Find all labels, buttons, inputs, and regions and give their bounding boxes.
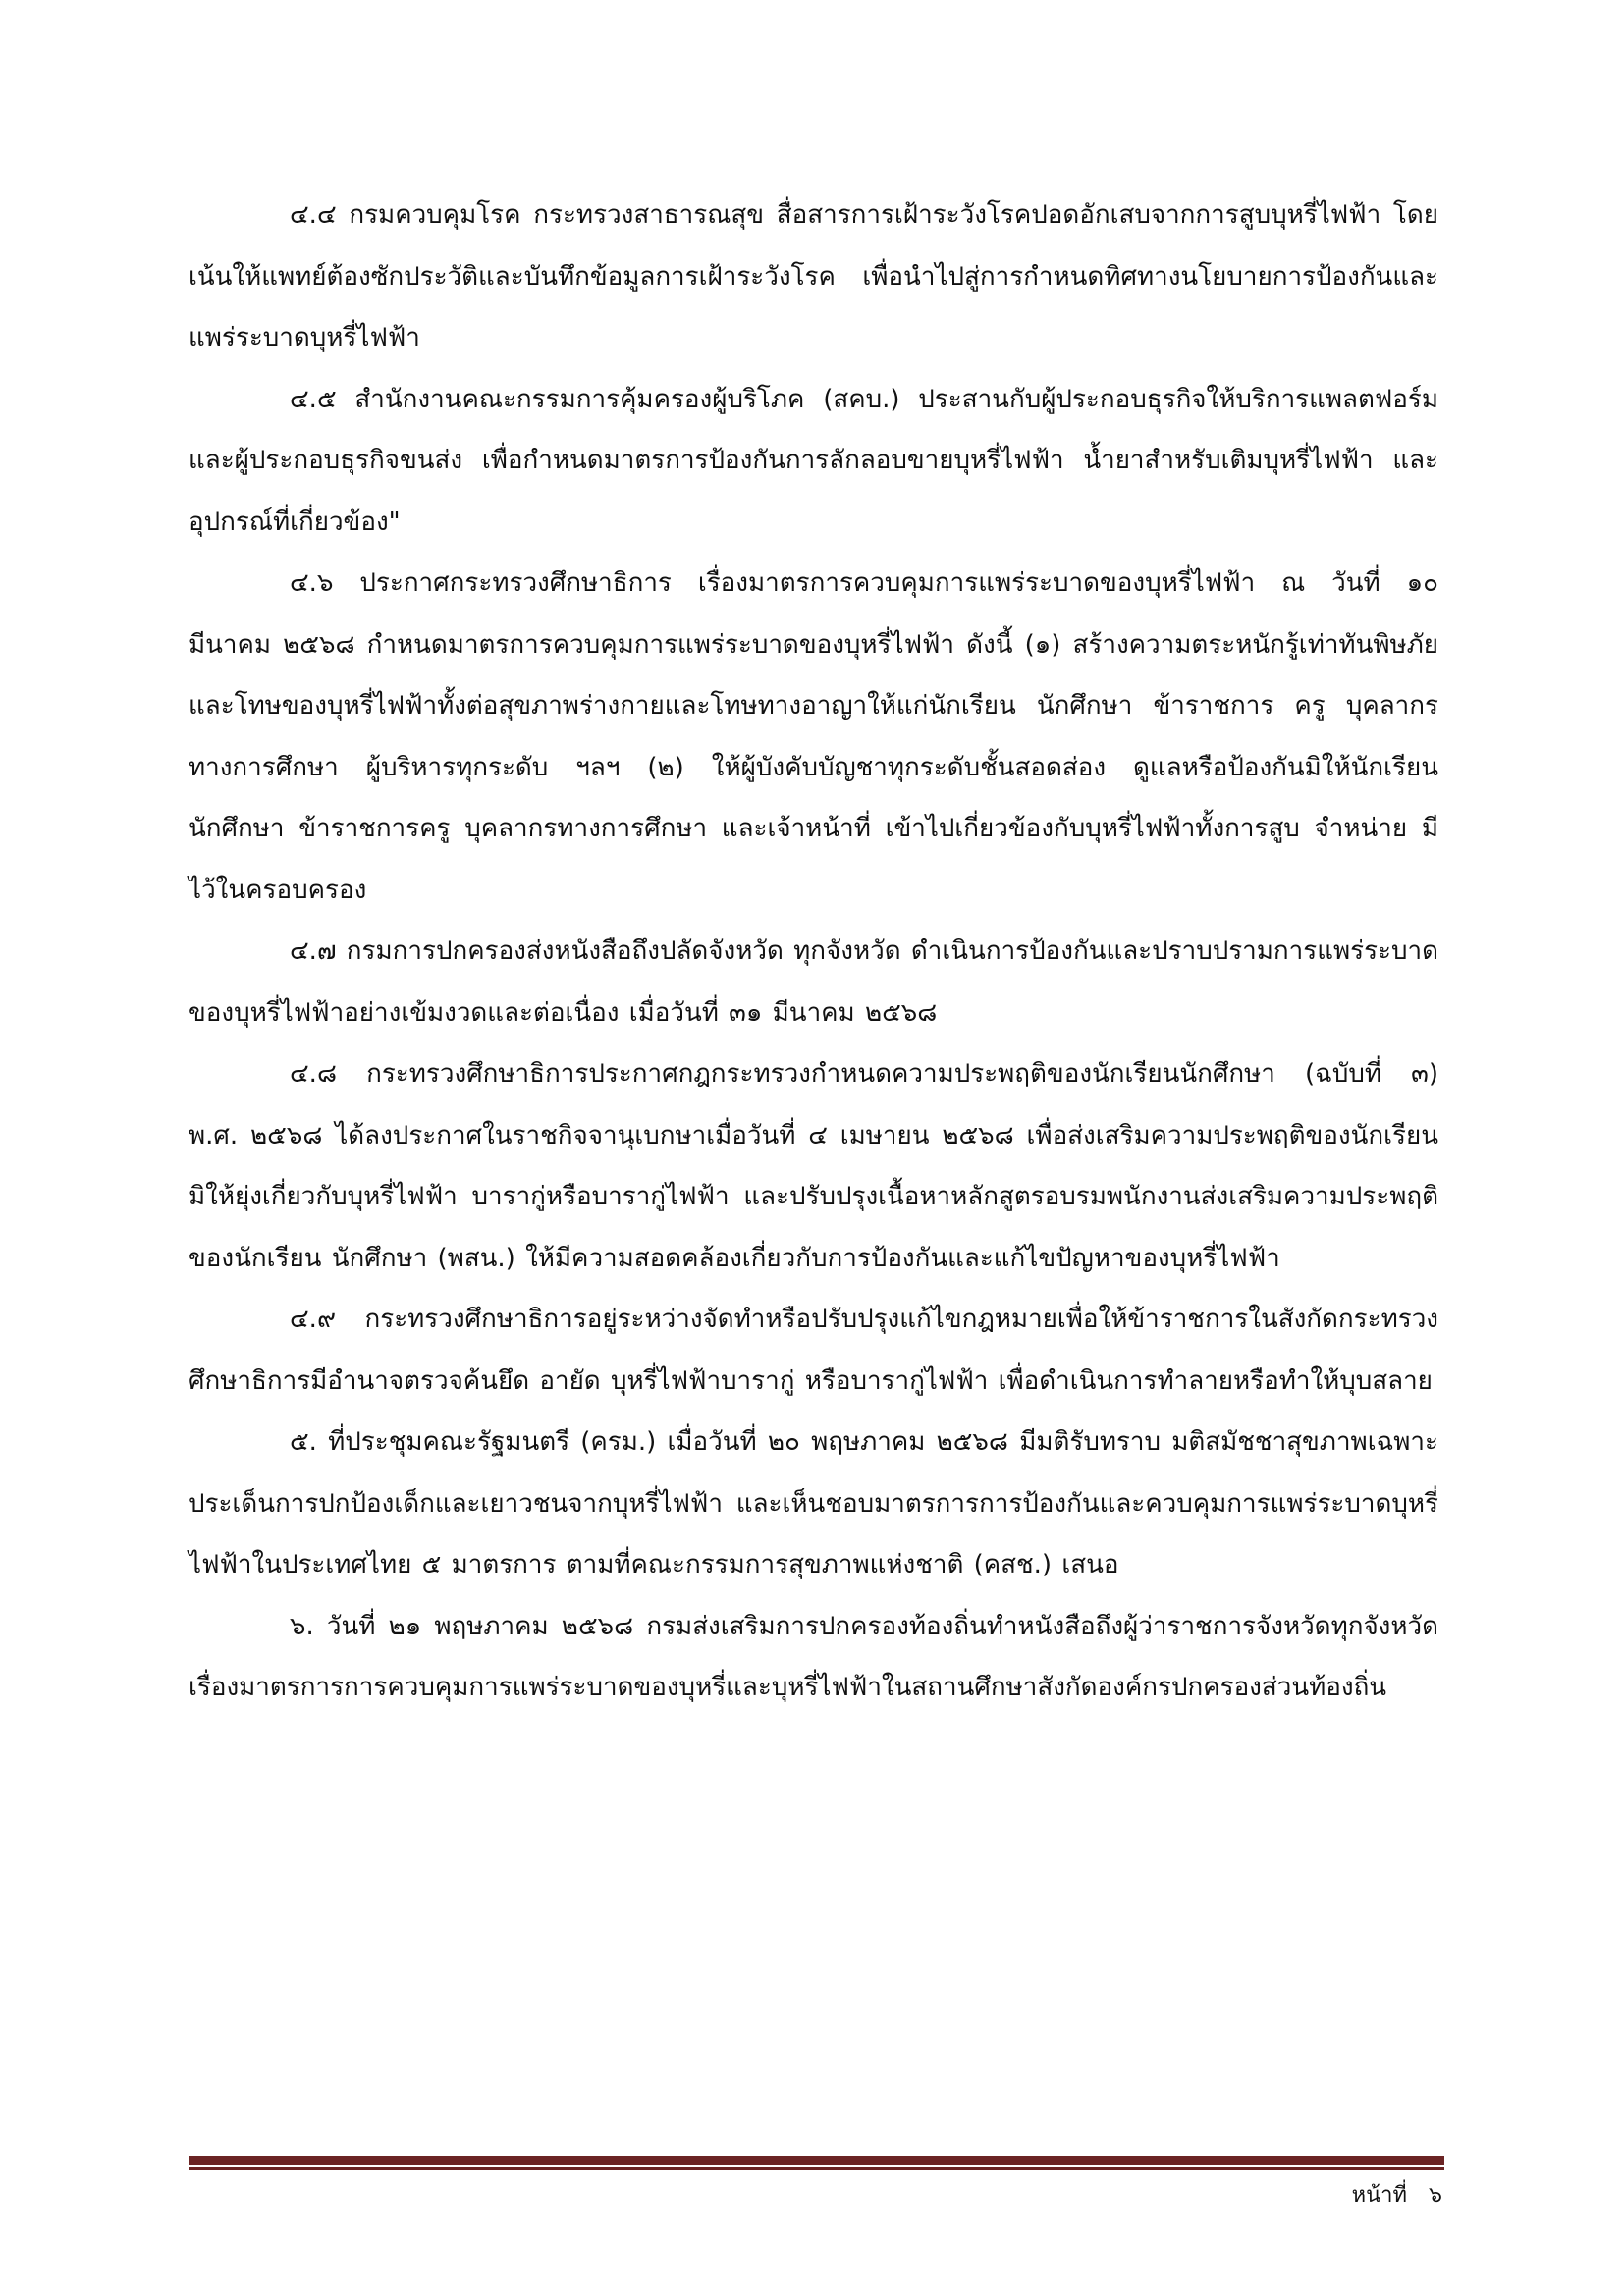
- paragraph-4-6: ๔.๖ ประกาศกระทรวงศึกษาธิการ เรื่องมาตรกา…: [189, 553, 1438, 921]
- paragraph-4-8: ๔.๘ กระทรวงศึกษาธิการประกาศกฎกระทรวงกำหน…: [189, 1043, 1438, 1289]
- footer-divider-thick: [189, 2156, 1444, 2165]
- document-page: ๔.๔ กรมควบคุมโรค กระทรวงสาธารณสุข สื่อสา…: [0, 0, 1624, 2296]
- paragraph-4-4: ๔.๔ กรมควบคุมโรค กระทรวงสาธารณสุข สื่อสา…: [189, 185, 1438, 369]
- paragraph-6: ๖. วันที่ ๒๑ พฤษภาคม ๒๕๖๘ กรมส่งเสริมการ…: [189, 1596, 1438, 1719]
- paragraph-5: ๕. ที่ประชุมคณะรัฐมนตรี (ครม.) เมื่อวันท…: [189, 1412, 1438, 1596]
- footer-divider-thin: [189, 2167, 1444, 2170]
- paragraph-4-7: ๔.๗ กรมการปกครองส่งหนังสือถึงปลัดจังหวัด…: [189, 921, 1438, 1043]
- paragraph-4-9: ๔.๙ กระทรวงศึกษาธิการอยู่ระหว่างจัดทำหรื…: [189, 1289, 1438, 1412]
- page-number-value: ๖: [1429, 2183, 1442, 2208]
- page-number: หน้าที่๖: [1352, 2181, 1442, 2211]
- page-number-label: หน้าที่: [1352, 2183, 1407, 2208]
- paragraph-4-5: ๔.๕ สำนักงานคณะกรรมการคุ้มครองผู้บริโภค …: [189, 369, 1438, 554]
- document-body: ๔.๔ กรมควบคุมโรค กระทรวงสาธารณสุข สื่อสา…: [189, 185, 1438, 1719]
